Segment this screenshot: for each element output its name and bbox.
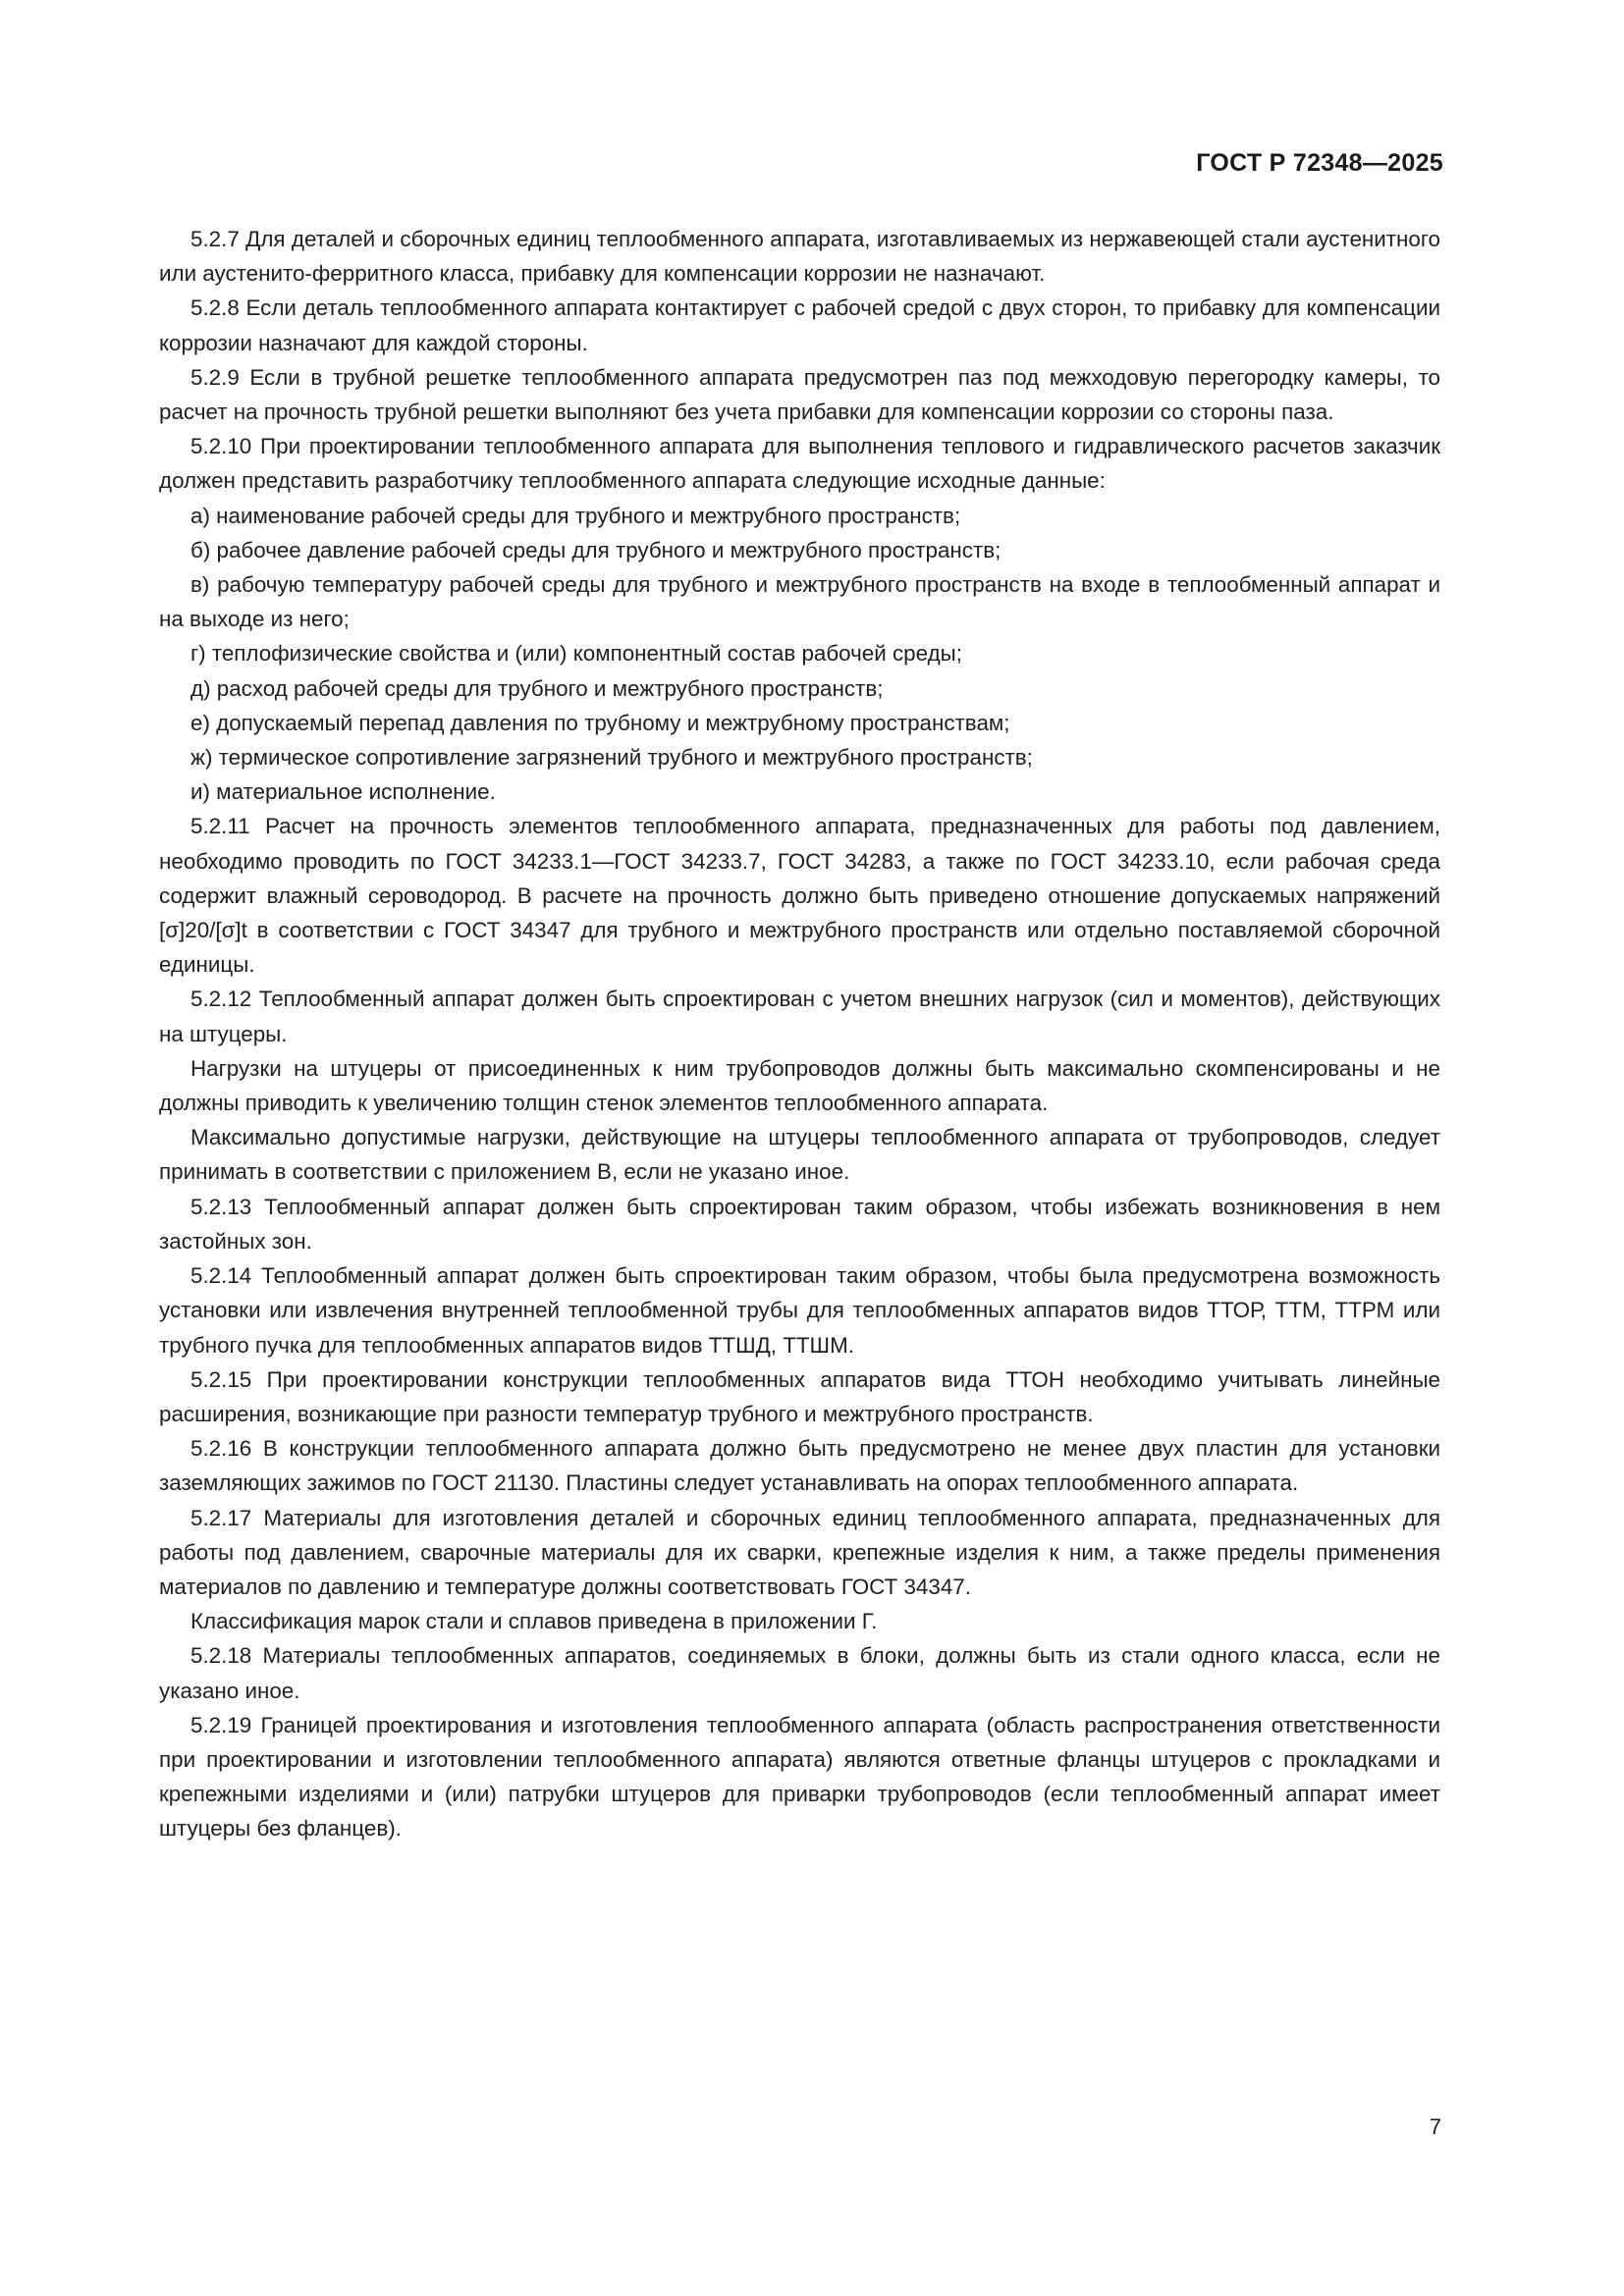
clause-5-2-12: 5.2.12 Теплообменный аппарат должен быть… [159,982,1440,1050]
clause-5-2-7: 5.2.7 Для деталей и сборочных единиц теп… [159,222,1440,291]
list-item-zh: ж) термическое сопротивление загрязнений… [159,740,1440,774]
clause-5-2-16: 5.2.16 В конструкции теплообменного аппа… [159,1431,1440,1500]
clause-5-2-10: 5.2.10 При проектировании теплообменного… [159,429,1440,498]
list-item-d: д) расход рабочей среды для трубного и м… [159,671,1440,706]
clause-5-2-12-paragraph-2: Нагрузки на штуцеры от присоединенных к … [159,1051,1440,1120]
list-item-e: е) допускаемый перепад давления по трубн… [159,706,1440,740]
list-item-b: б) рабочее давление рабочей среды для тр… [159,533,1440,567]
list-item-v: в) рабочую температуру рабочей среды для… [159,567,1440,636]
list-item-g: г) теплофизические свойства и (или) комп… [159,636,1440,670]
document-page: ГОСТ Р 72348—2025 5.2.7 Для деталей и сб… [0,0,1624,2296]
clause-5-2-13: 5.2.13 Теплообменный аппарат должен быть… [159,1190,1440,1258]
list-item-i: и) материальное исполнение. [159,774,1440,809]
clause-5-2-11: 5.2.11 Расчет на прочность элементов теп… [159,809,1440,982]
clause-5-2-19: 5.2.19 Границей проектирования и изготов… [159,1708,1440,1846]
document-code-header: ГОСТ Р 72348—2025 [1196,149,1443,178]
clause-5-2-12-paragraph-3: Максимально допустимые нагрузки, действу… [159,1120,1440,1189]
clause-5-2-17-paragraph-2: Классификация марок стали и сплавов прив… [159,1604,1440,1638]
clause-5-2-17: 5.2.17 Материалы для изготовления детале… [159,1501,1440,1605]
clause-5-2-9: 5.2.9 Если в трубной решетке теплообменн… [159,360,1440,429]
clause-5-2-15: 5.2.15 При проектировании конструкции те… [159,1362,1440,1431]
page-number: 7 [1430,2114,1441,2140]
clause-5-2-14: 5.2.14 Теплообменный аппарат должен быть… [159,1258,1440,1362]
clause-5-2-8: 5.2.8 Если деталь теплообменного аппарат… [159,291,1440,359]
clause-5-2-18: 5.2.18 Материалы теплообменных аппаратов… [159,1638,1440,1707]
document-body: 5.2.7 Для деталей и сборочных единиц теп… [159,222,1440,1846]
list-item-a: а) наименование рабочей среды для трубно… [159,499,1440,533]
